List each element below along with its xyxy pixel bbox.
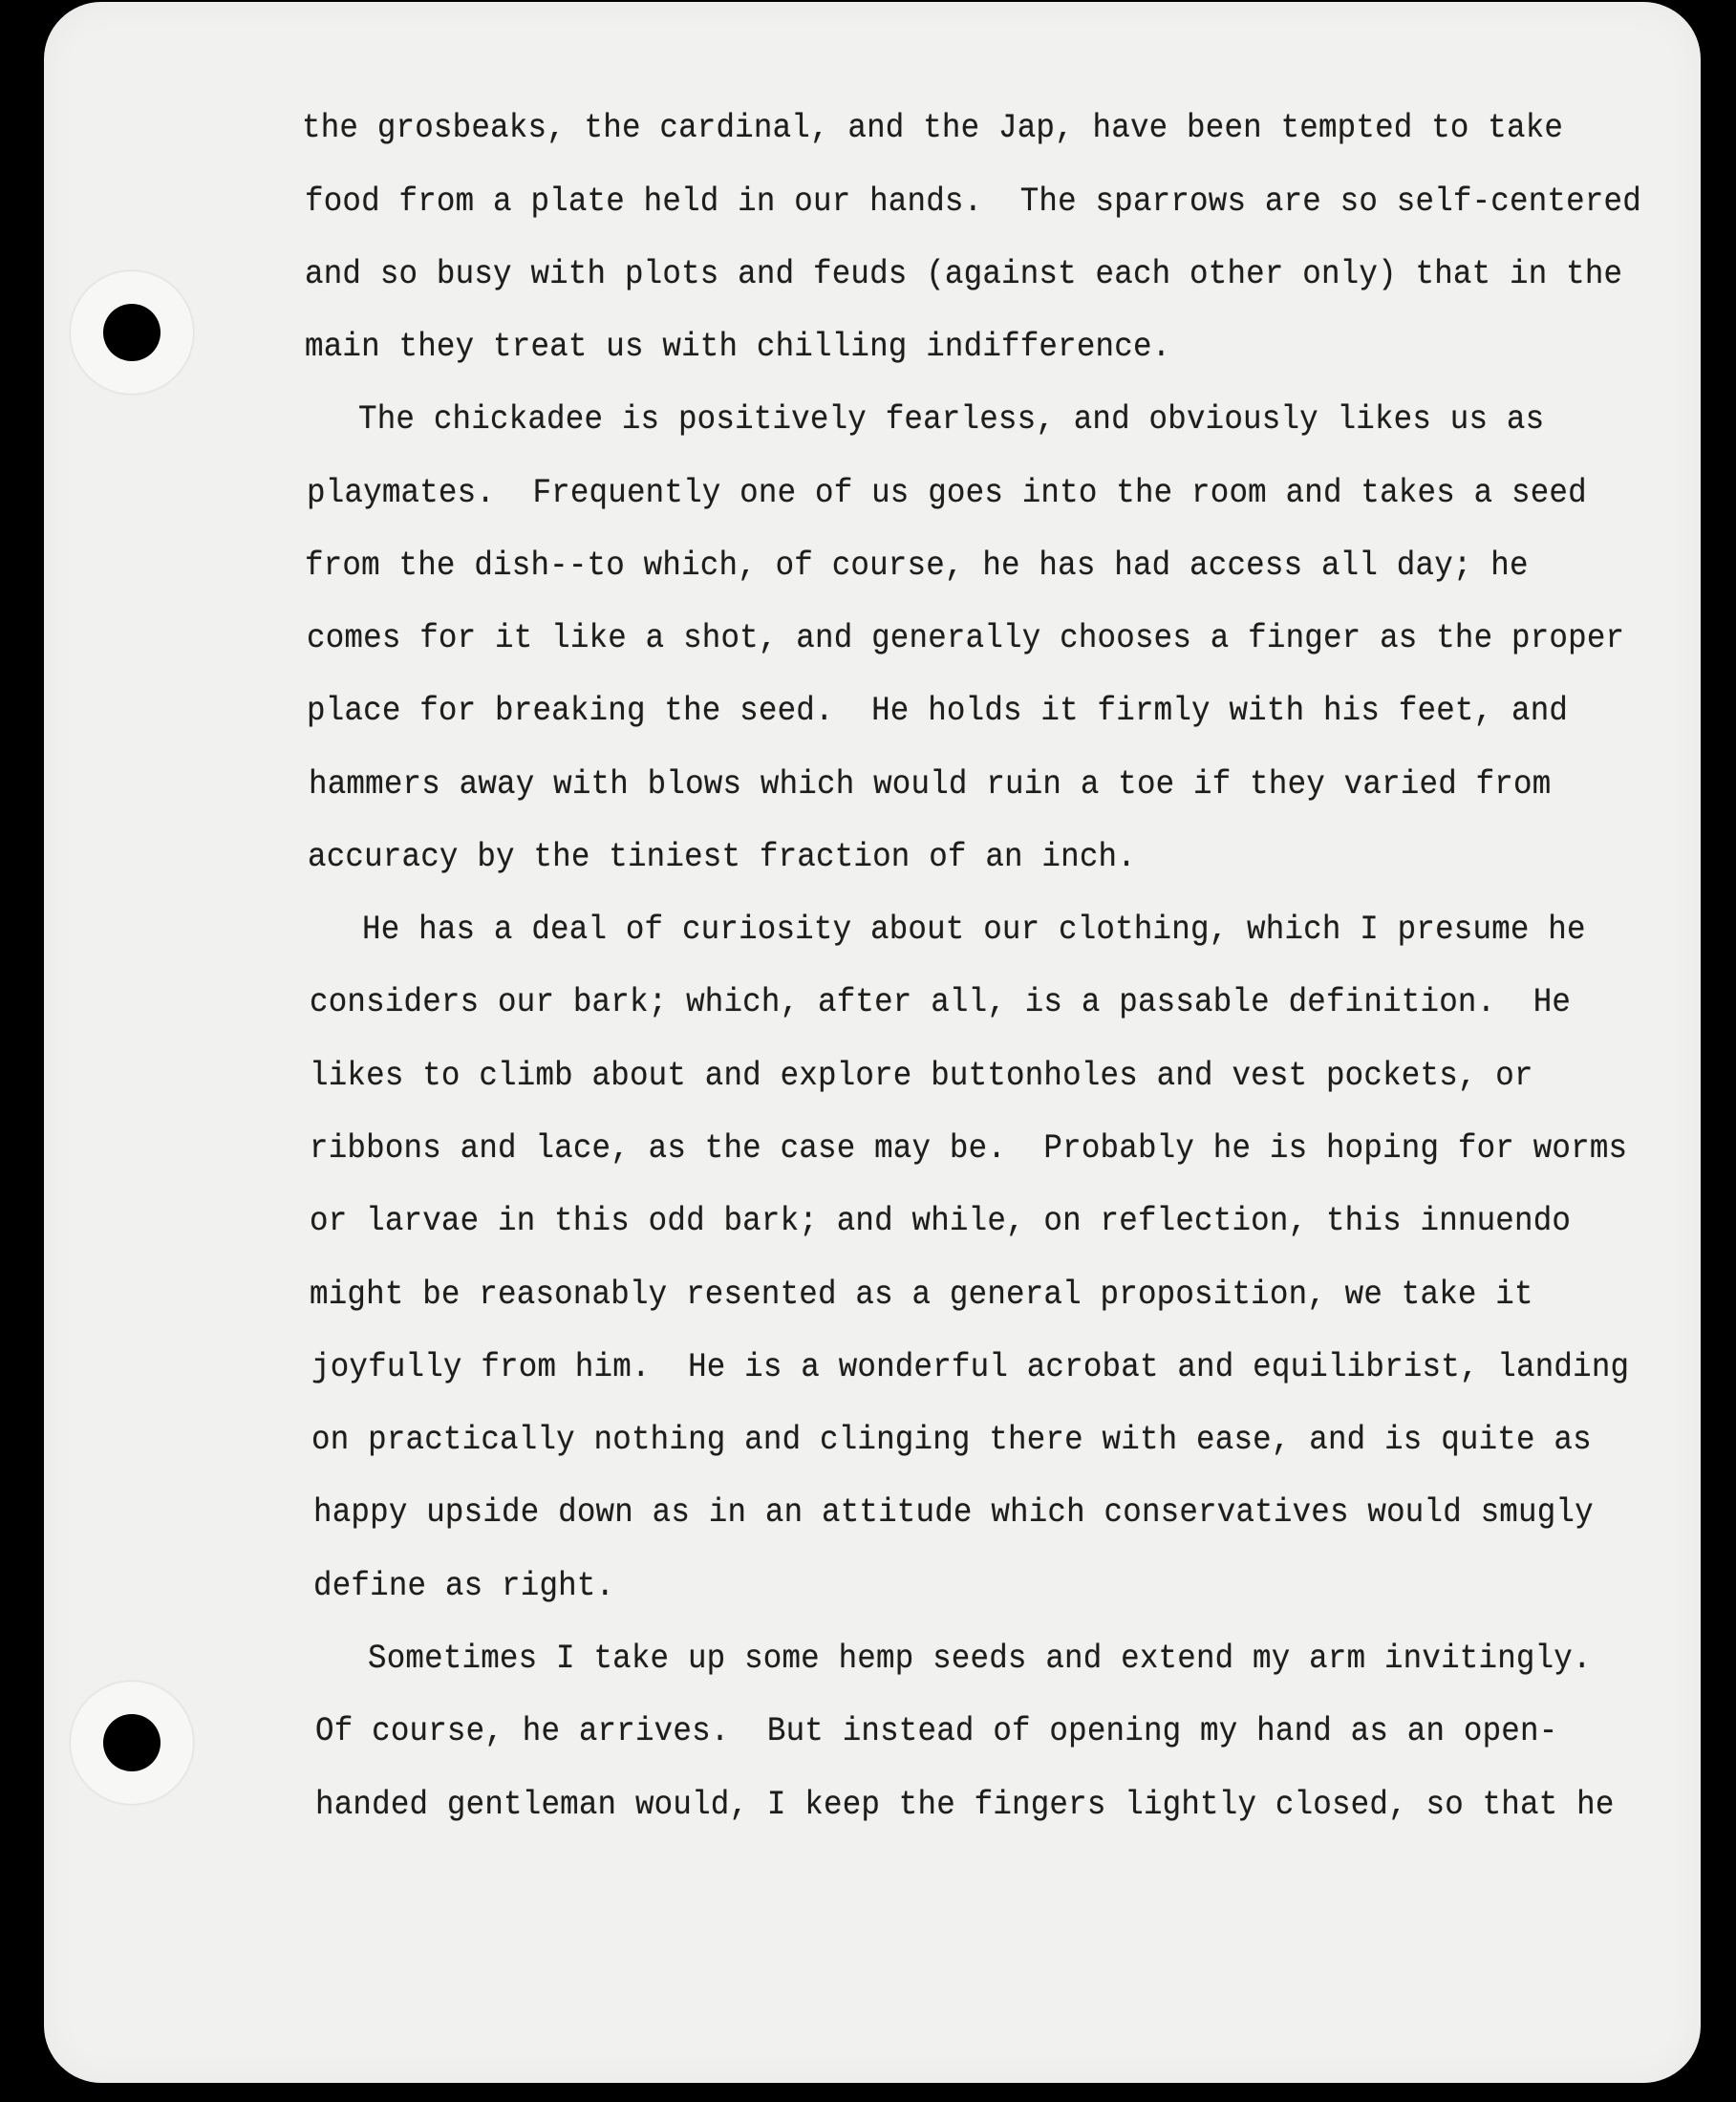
- typewritten-page: the grosbeaks, the cardinal, and the Jap…: [44, 2, 1701, 2083]
- text-line: likes to climb about and explore buttonh…: [310, 1057, 1533, 1095]
- text-line: or larvae in this odd bark; and while, o…: [310, 1202, 1571, 1240]
- text-line: from the dish--to which, of course, he h…: [305, 547, 1529, 585]
- text-line: hammers away with blows which would ruin…: [309, 765, 1551, 804]
- binder-hole-bottom: [71, 1682, 193, 1804]
- punch-hole-icon: [103, 1714, 161, 1771]
- text-line: considers our bark; which, after all, is…: [310, 983, 1571, 1021]
- text-line: handed gentleman would, I keep the finge…: [315, 1786, 1615, 1824]
- text-line: on practically nothing and clinging ther…: [311, 1421, 1592, 1459]
- text-line: the grosbeaks, the cardinal, and the Jap…: [302, 109, 1563, 147]
- text-line: happy upside down as in an attitude whic…: [313, 1493, 1594, 1532]
- text-line: main they treat us with chilling indiffe…: [305, 328, 1170, 366]
- text-line: The chickadee is positively fearless, an…: [358, 400, 1544, 439]
- text-line: might be reasonably resented as a genera…: [310, 1276, 1533, 1314]
- punch-hole-icon: [103, 304, 161, 361]
- text-line: He has a deal of curiosity about our clo…: [362, 911, 1586, 949]
- text-line: define as right.: [313, 1567, 614, 1605]
- text-line: playmates. Frequently one of us goes int…: [307, 474, 1587, 512]
- text-line: Of course, he arrives. But instead of op…: [315, 1712, 1557, 1750]
- text-line: place for breaking the seed. He holds it…: [307, 692, 1568, 730]
- binder-hole-top: [71, 271, 193, 394]
- text-line: ribbons and lace, as the case may be. Pr…: [310, 1129, 1627, 1168]
- text-line: Sometimes I take up some hemp seeds and …: [368, 1640, 1592, 1678]
- text-line: and so busy with plots and feuds (agains…: [305, 255, 1622, 293]
- text-line: accuracy by the tiniest fraction of an i…: [308, 838, 1136, 876]
- text-line: comes for it like a shot, and generally …: [307, 619, 1624, 657]
- text-line: joyfully from him. He is a wonderful acr…: [311, 1348, 1629, 1386]
- text-line: food from a plate held in our hands. The…: [305, 182, 1641, 221]
